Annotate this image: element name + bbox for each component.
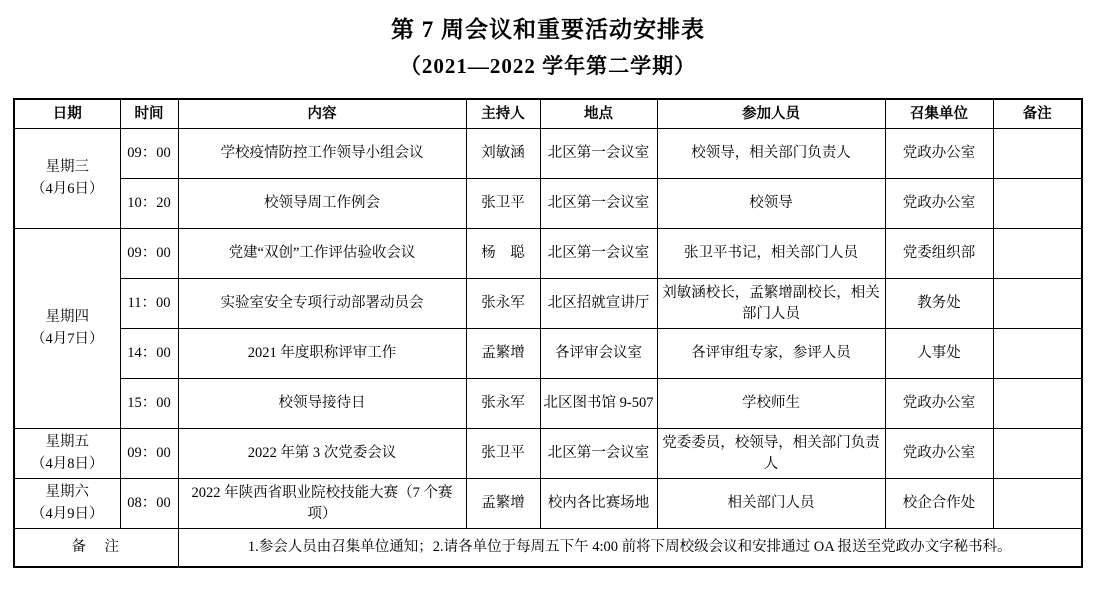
organizer-cell: 党政办公室 [885, 379, 993, 429]
remark-cell [993, 429, 1082, 479]
remark-cell [993, 279, 1082, 329]
table-row: 14：002021 年度职称评审工作孟繁增各评审会议室各评审组专家，参评人员人事… [14, 329, 1082, 379]
remark-cell [993, 179, 1082, 229]
location-cell: 北区第一会议室 [540, 429, 657, 479]
header-cell: 召集单位 [885, 99, 993, 129]
organizer-cell: 人事处 [885, 329, 993, 379]
date-label: （4月8日） [18, 454, 117, 475]
note-label-cell: 备 注 [14, 529, 178, 567]
day-cell: 星期三（4月6日） [14, 129, 120, 229]
day-label: 星期三 [18, 157, 117, 178]
host-cell: 杨 聪 [466, 229, 540, 279]
time-cell: 15：00 [120, 379, 178, 429]
header-cell: 日期 [14, 99, 120, 129]
host-cell: 张永军 [466, 379, 540, 429]
day-cell: 星期五（4月8日） [14, 429, 120, 479]
content-cell: 党建“双创”工作评估验收会议 [178, 229, 466, 279]
table-row: 星期三（4月6日）09：00学校疫情防控工作领导小组会议刘敏涵北区第一会议室校领… [14, 129, 1082, 179]
host-cell: 张卫平 [466, 429, 540, 479]
page-subtitle: （2021—2022 学年第二学期） [0, 53, 1096, 79]
header-cell: 主持人 [466, 99, 540, 129]
time-cell: 09：00 [120, 429, 178, 479]
participants-cell: 校领导 [657, 179, 885, 229]
day-label: 星期六 [18, 482, 117, 503]
table-row: 11：00实验室安全专项行动部署动员会张永军北区招就宣讲厅刘敏涵校长，孟繁增副校… [14, 279, 1082, 329]
time-cell: 08：00 [120, 479, 178, 529]
participants-cell: 刘敏涵校长，孟繁增副校长，相关部门人员 [657, 279, 885, 329]
header-row: 日期时间内容主持人地点参加人员召集单位备注 [14, 99, 1082, 129]
organizer-cell: 党政办公室 [885, 429, 993, 479]
table-row: 10：20校领导周工作例会张卫平北区第一会议室校领导党政办公室 [14, 179, 1082, 229]
participants-cell: 张卫平书记，相关部门人员 [657, 229, 885, 279]
page-title: 第 7 周会议和重要活动安排表 [0, 0, 1096, 44]
participants-cell: 各评审组专家，参评人员 [657, 329, 885, 379]
day-label: 星期五 [18, 432, 117, 453]
day-label: 星期四 [18, 307, 117, 328]
participants-cell: 校领导，相关部门负责人 [657, 129, 885, 179]
header-cell: 内容 [178, 99, 466, 129]
host-cell: 刘敏涵 [466, 129, 540, 179]
note-text-cell: 1.参会人员由召集单位通知；2.请各单位于每周五下午 4:00 前将下周校级会议… [178, 529, 1082, 567]
location-cell: 北区招就宣讲厅 [540, 279, 657, 329]
day-cell: 星期六（4月9日） [14, 479, 120, 529]
content-cell: 学校疫情防控工作领导小组会议 [178, 129, 466, 179]
document-page: 第 7 周会议和重要活动安排表 （2021—2022 学年第二学期） 日期时间内… [0, 0, 1096, 604]
participants-cell: 学校师生 [657, 379, 885, 429]
header-cell: 时间 [120, 99, 178, 129]
day-cell: 星期四（4月7日） [14, 229, 120, 429]
date-label: （4月9日） [18, 504, 117, 525]
organizer-cell: 党政办公室 [885, 179, 993, 229]
table-row: 星期五（4月8日）09：002022 年第 3 次党委会议张卫平北区第一会议室党… [14, 429, 1082, 479]
header-cell: 地点 [540, 99, 657, 129]
date-label: （4月6日） [18, 179, 117, 200]
time-cell: 10：20 [120, 179, 178, 229]
location-cell: 北区第一会议室 [540, 129, 657, 179]
time-cell: 09：00 [120, 229, 178, 279]
host-cell: 张卫平 [466, 179, 540, 229]
table-row: 星期六（4月9日）08：002022 年陕西省职业院校技能大赛（7 个赛项）孟繁… [14, 479, 1082, 529]
header-cell: 备注 [993, 99, 1082, 129]
content-cell: 实验室安全专项行动部署动员会 [178, 279, 466, 329]
remark-cell [993, 329, 1082, 379]
table-row: 星期四（4月7日）09：00党建“双创”工作评估验收会议杨 聪北区第一会议室张卫… [14, 229, 1082, 279]
remark-cell [993, 479, 1082, 529]
host-cell: 张永军 [466, 279, 540, 329]
content-cell: 2022 年陕西省职业院校技能大赛（7 个赛项） [178, 479, 466, 529]
participants-cell: 相关部门人员 [657, 479, 885, 529]
organizer-cell: 党政办公室 [885, 129, 993, 179]
organizer-cell: 教务处 [885, 279, 993, 329]
participants-cell: 党委委员，校领导，相关部门负责人 [657, 429, 885, 479]
content-cell: 2022 年第 3 次党委会议 [178, 429, 466, 479]
content-cell: 校领导接待日 [178, 379, 466, 429]
time-cell: 11：00 [120, 279, 178, 329]
schedule-body: 星期三（4月6日）09：00学校疫情防控工作领导小组会议刘敏涵北区第一会议室校领… [14, 129, 1082, 567]
table-row: 15：00校领导接待日张永军北区图书馆 9-507学校师生党政办公室 [14, 379, 1082, 429]
content-cell: 2021 年度职称评审工作 [178, 329, 466, 379]
host-cell: 孟繁增 [466, 329, 540, 379]
content-cell: 校领导周工作例会 [178, 179, 466, 229]
time-cell: 09：00 [120, 129, 178, 179]
location-cell: 北区第一会议室 [540, 229, 657, 279]
location-cell: 北区图书馆 9-507 [540, 379, 657, 429]
remark-cell [993, 229, 1082, 279]
schedule-table: 日期时间内容主持人地点参加人员召集单位备注 星期三（4月6日）09：00学校疫情… [13, 98, 1083, 568]
remark-cell [993, 129, 1082, 179]
remark-cell [993, 379, 1082, 429]
organizer-cell: 党委组织部 [885, 229, 993, 279]
location-cell: 各评审会议室 [540, 329, 657, 379]
location-cell: 北区第一会议室 [540, 179, 657, 229]
note-row: 备 注1.参会人员由召集单位通知；2.请各单位于每周五下午 4:00 前将下周校… [14, 529, 1082, 567]
date-label: （4月7日） [18, 329, 117, 350]
header-cell: 参加人员 [657, 99, 885, 129]
location-cell: 校内各比赛场地 [540, 479, 657, 529]
time-cell: 14：00 [120, 329, 178, 379]
organizer-cell: 校企合作处 [885, 479, 993, 529]
host-cell: 孟繁增 [466, 479, 540, 529]
